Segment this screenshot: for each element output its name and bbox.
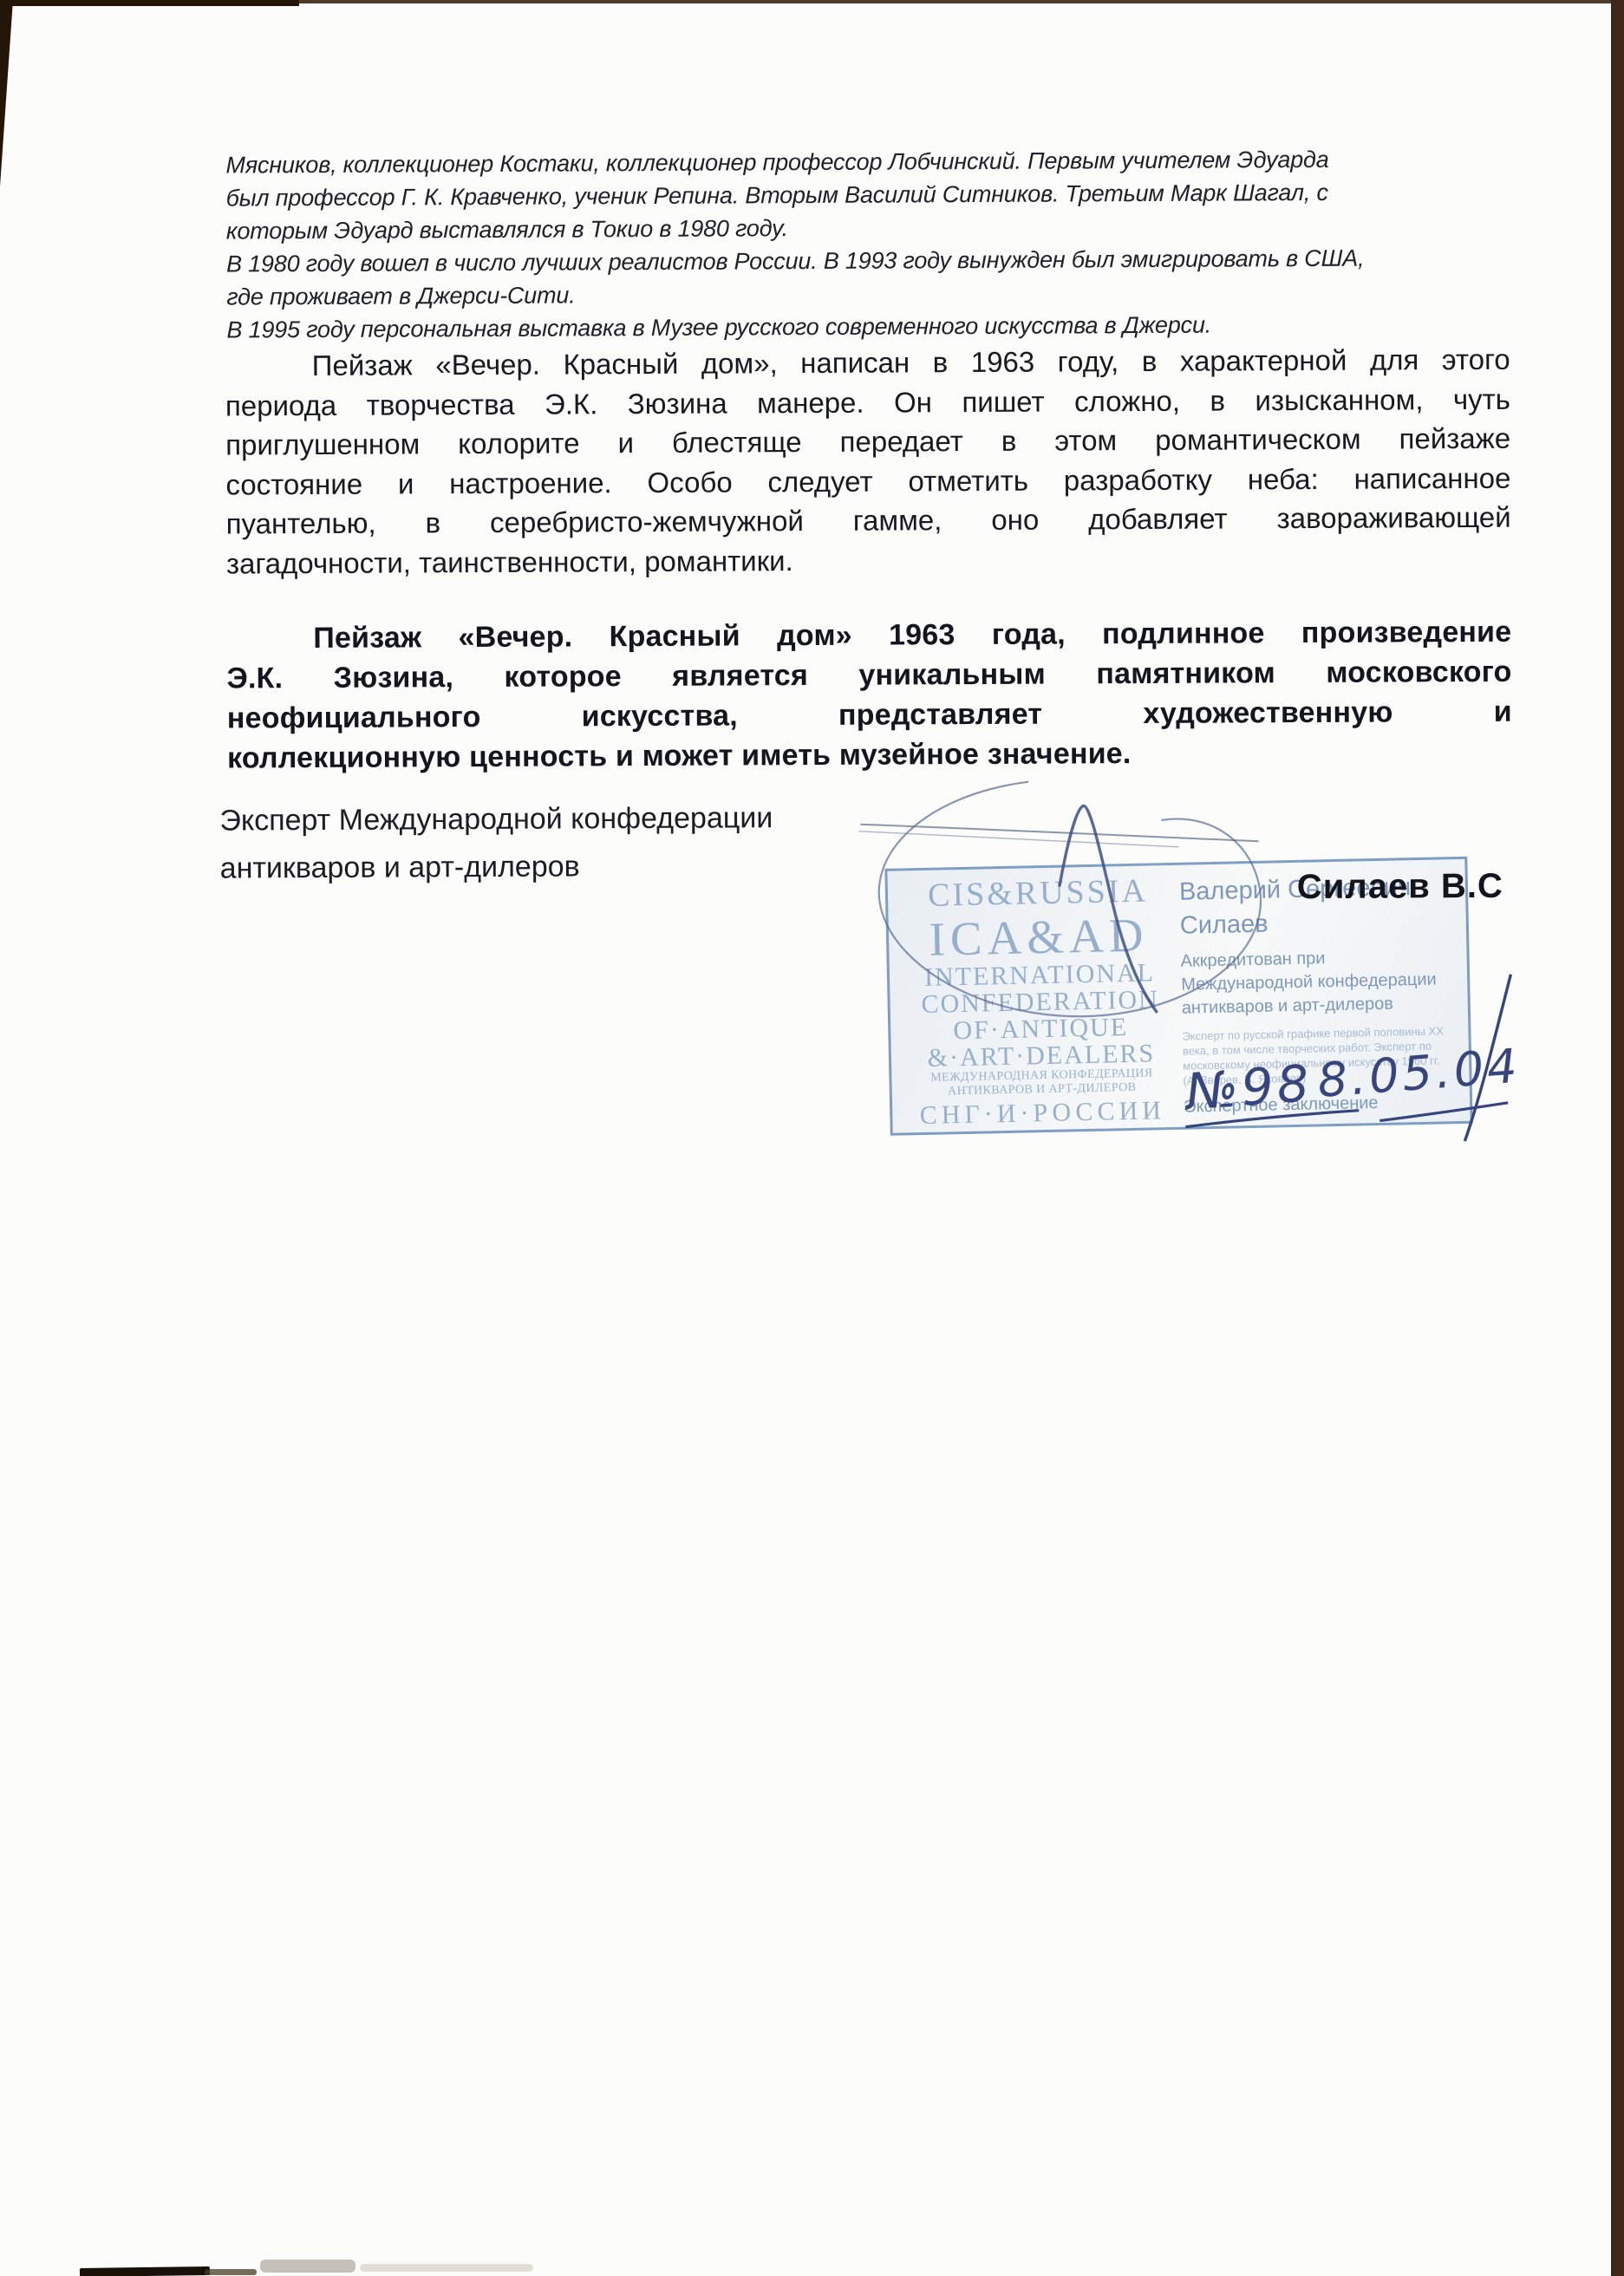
paragraph-line: периода творчества Э.К. Зюзина манере. О…: [225, 379, 1510, 425]
printed-expert-name: Силаев В.С: [1297, 867, 1503, 907]
scan-smudge: [80, 2266, 210, 2276]
paragraph-line: неофициального искусства, представляет х…: [227, 692, 1512, 739]
expert-title-line: Эксперт Международной конфедерации: [219, 793, 965, 845]
paragraph-line: загадочности, таинственности, романтики.: [226, 537, 1511, 583]
stamp-conclusion-line: Экспертное заключение: [1184, 1090, 1468, 1118]
scan-smudge: [360, 2264, 533, 2272]
bio-line: В 1980 году вошел в число лучших реалист…: [226, 241, 1451, 280]
scan-smudge: [260, 2260, 355, 2273]
paragraph-line: приглушенном колорите и блестяще передае…: [225, 419, 1510, 465]
stamp-specialty: Эксперт по русской графике первой полови…: [1182, 1023, 1467, 1088]
scan-edge-right: [1611, 0, 1624, 2276]
stamp-line: CONFEDERATION: [900, 986, 1180, 1019]
paragraph-line: состояние и настроение. Особо следует от…: [225, 458, 1510, 504]
paragraph-line: пуантелью, в серебристо-жемчужной гамме,…: [226, 498, 1511, 544]
paragraph-line: коллекционную ценность и может иметь муз…: [227, 732, 1512, 779]
paragraph-line: Э.К. Зюзина, которое является уникальным…: [226, 652, 1511, 699]
stamp-line: ICA&AD: [899, 910, 1179, 965]
document-page: Мясников, коллекционер Костаки, коллекци…: [0, 0, 1624, 2276]
scan-smudge: [205, 2269, 257, 2275]
paragraph-line: Пейзаж «Вечер. Красный дом» 1963 года, п…: [226, 612, 1511, 659]
stamp-expert-name: Силаев: [1179, 903, 1464, 943]
expert-title: Эксперт Международной конфедерации антик…: [219, 793, 966, 893]
stamp-line: антикваров и арт-дилеров: [1182, 991, 1466, 1021]
bio-line: был профессор Г. К. Кравченко, ученик Ре…: [226, 175, 1451, 214]
stamp-left-column: CIS&RUSSIA ICA&AD INTERNATIONAL CONFEDER…: [898, 871, 1183, 1133]
paragraph-conclusion: Пейзаж «Вечер. Красный дом» 1963 года, п…: [226, 612, 1512, 779]
paragraph-description: Пейзаж «Вечер. Красный дом», написан в 1…: [225, 340, 1511, 584]
expert-title-line: антикваров и арт-дилеров: [220, 841, 966, 893]
bio-paragraph: Мясников, коллекционер Костаки, коллекци…: [225, 142, 1451, 346]
scanned-content: Мясников, коллекционер Костаки, коллекци…: [0, 0, 1624, 2276]
stamp-accreditation: Аккредитован при Международной конфедера…: [1180, 944, 1466, 1021]
paragraph-line: Пейзаж «Вечер. Красный дом», написан в 1…: [225, 340, 1510, 386]
stamp-line: СНГ·И·РОССИИ: [903, 1094, 1183, 1133]
scan-edge-top-left: [0, 0, 299, 6]
